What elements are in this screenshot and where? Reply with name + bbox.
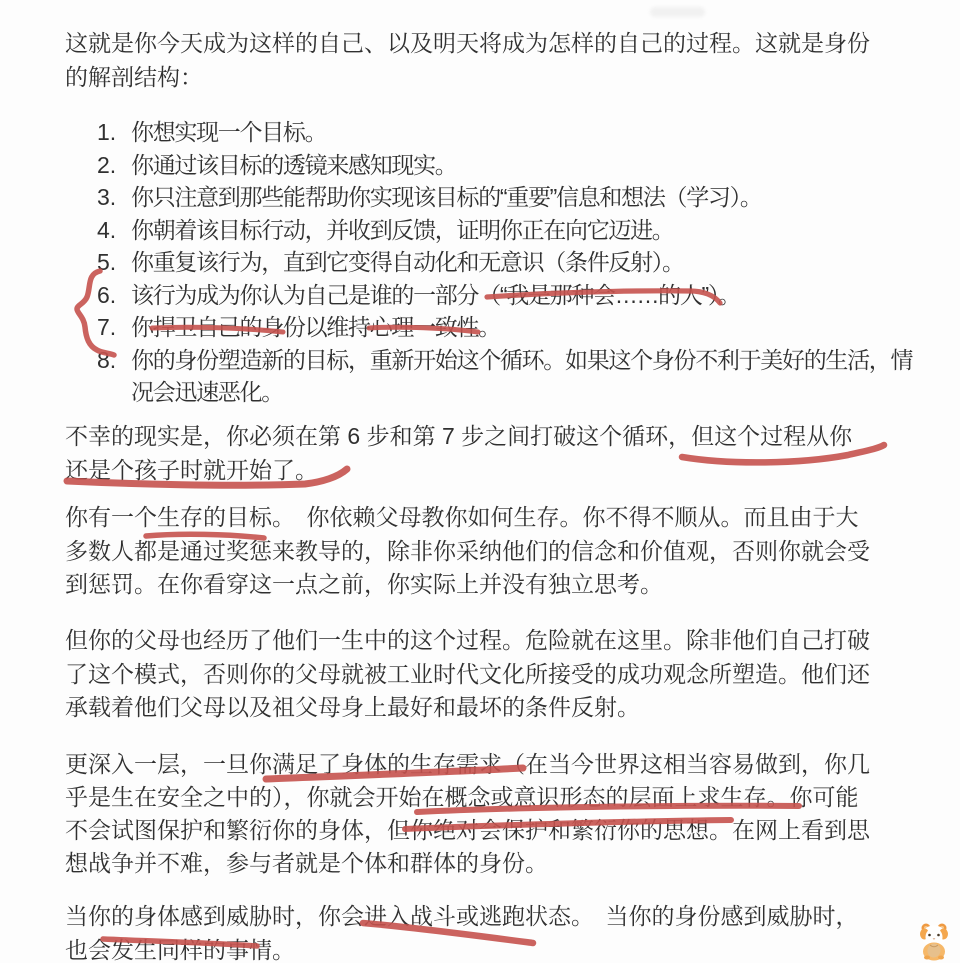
scan-smudge [650, 7, 705, 17]
paragraph-line: 想战争并不难，参与者就是个体和群体的身份。 [65, 851, 548, 875]
paragraph-line: 更深入一层，一旦你满足了身体的生存需求（在当今世界这相当容易做到，你几 [65, 752, 870, 776]
paragraph-line: 不幸的现实是，你必须在第 6 步和第 7 步之间打破这个循环，但这个过程从你 [65, 424, 852, 448]
list-item-number: 8. [97, 348, 116, 372]
intro-line: 这就是你今天成为这样的自己、以及明天将成为怎样的自己的过程。这就是身份 [65, 31, 870, 55]
paragraph-line: 还是个孩子时就开始了。 [65, 458, 318, 482]
list-item-text: 你通过该目标的透镜来感知现实。 [131, 153, 457, 177]
list-item-number: 6. [97, 283, 116, 307]
list-item-text: 你想实现一个目标。 [131, 120, 326, 144]
paragraph-line: 到惩罚。在你看穿这一点之前，你实际上并没有独立思考。 [65, 572, 663, 596]
list-item-number: 3. [97, 185, 116, 209]
paragraph-line: 承载着他们父母以及祖父母身上最好和最坏的条件反射。 [65, 695, 640, 719]
paragraph-line: 多数人都是通过奖惩来教导的，除非你采纳他们的信念和价值观，否则你就会受 [65, 539, 870, 563]
paragraph-line: 了这个模式，否则你的父母就被工业时代文化所接受的成功观念所塑造。他们还 [65, 662, 870, 686]
list-item-number: 5. [97, 250, 116, 274]
list-item-text: 你重复该行为，直到它变得自动化和无意识（条件反射）。 [131, 250, 684, 274]
paragraph-line: 也会发生同样的事情。 [65, 938, 295, 962]
hamster-sticker [916, 921, 952, 961]
list-item-text: 你朝着该目标行动，并收到反馈，证明你正在向它迈进。 [131, 218, 674, 242]
list-item-number: 1. [97, 120, 116, 144]
list-item-text: 你捍卫自己的身份以维持心理一致性。 [131, 315, 500, 339]
list-item-text: 况会迅速恶化。 [131, 380, 283, 404]
intro-line: 的解剖结构： [65, 65, 203, 89]
list-item-text: 你的身份塑造新的目标，重新开始这个循环。如果这个身份不利于美好的生活，情 [131, 348, 912, 372]
list-item-text: 你只注意到那些能帮助你实现该目标的“重要”信息和想法（学习）。 [131, 185, 762, 209]
paragraph-line: 不会试图保护和繁衍你的身体，但你绝对会保护和繁衍你的思想。在网上看到思 [65, 818, 870, 842]
list-item-number: 2. [97, 153, 116, 177]
list-item-number: 4. [97, 218, 116, 242]
paragraph-line: 乎是生在安全之中的），你就会开始在概念或意识形态的层面上求生存。你可能 [65, 785, 859, 809]
list-item-number: 7. [97, 315, 116, 339]
paragraph-line: 你有一个生存的目标。 你依赖父母教你如何生存。你不得不顺从。而且由于大 [65, 505, 859, 529]
list-item-text: 该行为成为你认为自己是谁的一部分（“我是那种会……的人”）。 [131, 283, 740, 307]
document-page: 这就是你今天成为这样的自己、以及明天将成为怎样的自己的过程。这就是身份 的解剖结… [0, 0, 960, 963]
paragraph-line: 但你的父母也经历了他们一生中的这个过程。危险就在这里。除非他们自己打破 [65, 628, 870, 652]
paragraph-line: 当你的身体感到威胁时，你会进入战斗或逃跑状态。 当你的身份感到威胁时， [65, 904, 859, 928]
